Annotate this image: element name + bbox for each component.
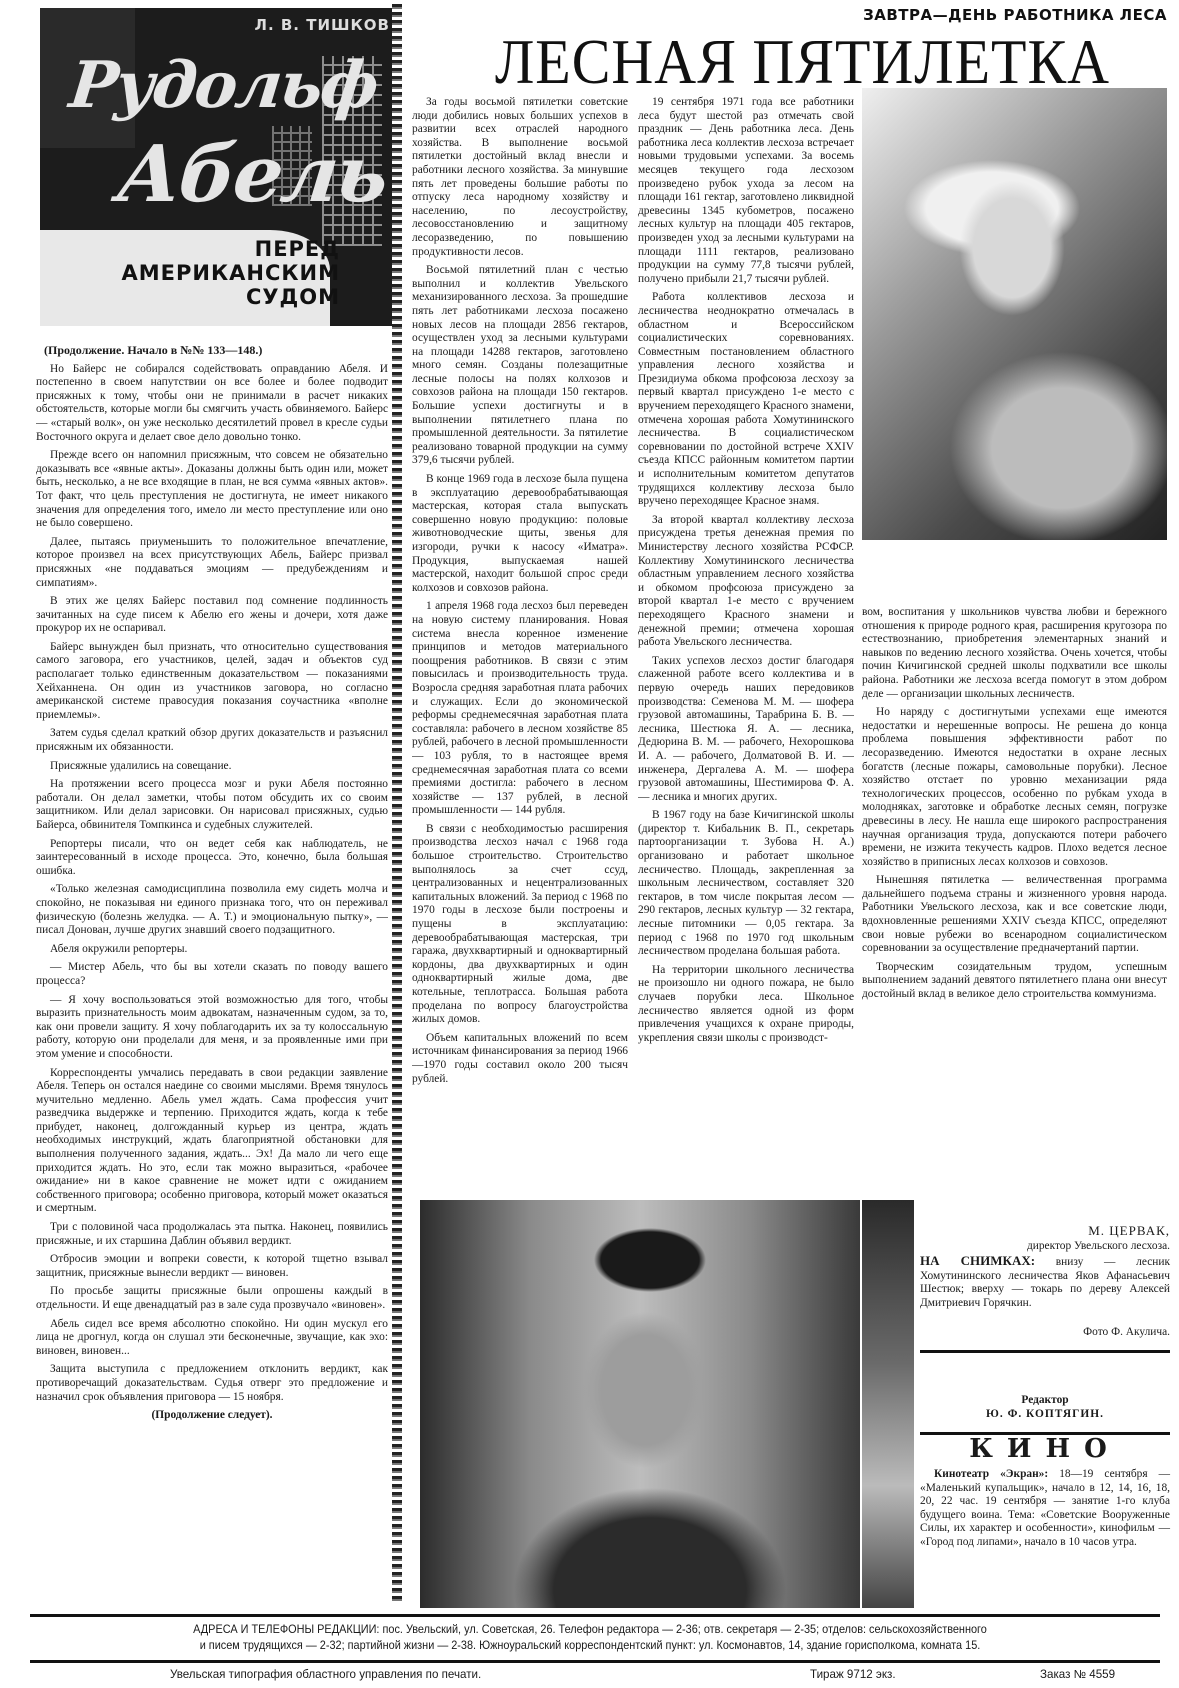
photo-woodturner (862, 88, 1167, 540)
order-number: Заказ № 4559 (1040, 1668, 1115, 1681)
article-paragraph: вом, воспитания у школьников чувства люб… (862, 606, 1167, 701)
serial-paragraph: Три с половиной часа продолжалась эта пы… (36, 1221, 388, 1248)
photo-caption: НА СНИМКАХ: внизу — лесник Хомутининског… (920, 1254, 1170, 1310)
article-paragraph: В конце 1969 года в лесхозе была пущена … (412, 473, 628, 595)
serial-paragraph: — Я хочу воспользоваться этой возможност… (36, 994, 388, 1062)
photo-forester-edge (862, 1200, 914, 1608)
serial-paragraph: Корреспонденты умчались передавать в сво… (36, 1067, 388, 1217)
serial-paragraph: Прежде всего он напомнил присяжным, что … (36, 449, 388, 531)
author-name: М. ЦЕРВАК, (920, 1224, 1170, 1238)
circulation: Тираж 9712 экз. (810, 1668, 896, 1681)
editor-name: Ю. Ф. КОПТЯГИН. (920, 1408, 1170, 1422)
serial-paragraph: Репортеры писали, что он ведет себя как … (36, 838, 388, 879)
forest-article-column-2: 19 сентября 1971 года все работники леса… (638, 96, 854, 1200)
photo-forester (420, 1200, 860, 1608)
serial-paragraph: На протяжении всего процесса мозг и руки… (36, 778, 388, 832)
kino-listing: Кинотеатр «Экран»: 18—19 сентября — «Мал… (920, 1468, 1170, 1550)
serial-paragraph: «Только железная самодисциплина позволил… (36, 883, 388, 937)
serial-paragraph: В этих же целях Байерс поставил под сомн… (36, 595, 388, 636)
serial-title-name-last: Абель (114, 136, 390, 214)
serial-subtitle-2: АМЕРИКАНСКИМ (40, 262, 340, 284)
serial-paragraph: Далее, пытаясь приуменьшить то положител… (36, 536, 388, 590)
footer-divider-bottom (30, 1660, 1160, 1663)
photo-credit: Фото Ф. Акулича. (920, 1326, 1170, 1340)
forest-article-column-3: вом, воспитания у школьников чувства люб… (862, 606, 1167, 1166)
serial-author: Л. В. ТИШКОВ (255, 16, 391, 34)
serial-paragraph: Затем судья сделал краткий обзор других … (36, 727, 388, 754)
serial-subtitle-3: СУДОМ (190, 286, 340, 308)
article-paragraph: Но наряду с достигнутыми успехами еще им… (862, 706, 1167, 869)
article-paragraph: За второй квартал коллективу лесхоза при… (638, 514, 854, 650)
headline-kicker: ЗАВТРА—ДЕНЬ РАБОТНИКА ЛЕСА (863, 6, 1167, 24)
serial-title-illustration: Л. В. ТИШКОВ Рудольф Абель ПЕРЕД АМЕРИКА… (40, 8, 400, 326)
footer-divider-top (30, 1614, 1160, 1617)
column-divider (392, 4, 402, 1604)
editorial-addresses-line-2: и писем трудящихся — 2-32; партийной жиз… (54, 1638, 1126, 1653)
article-paragraph: В 1967 году на базе Кичигинской школы (д… (638, 809, 854, 959)
article-paragraph: 1 апреля 1968 года лесхоз был переведен … (412, 600, 628, 818)
article-paragraph: Объем капитальных вложений по всем источ… (412, 1032, 628, 1086)
article-paragraph: Нынешняя пятилетка — величественная прог… (862, 874, 1167, 956)
serial-paragraph: Защита выступила с предложением отклонит… (36, 1363, 388, 1404)
to-be-continued: (Продолжение следует). (36, 1409, 388, 1423)
article-paragraph: Восьмой пятилетний план с честью выполни… (412, 264, 628, 468)
article-paragraph: Работа коллективов лесхоза и лесничества… (638, 291, 854, 509)
author-title: директор Увельского лесхоза. (920, 1240, 1170, 1254)
kino-title: КИНО (920, 1434, 1170, 1464)
serial-paragraph: Абель сидел все время абсолютно спокойно… (36, 1318, 388, 1359)
headline: ЛЕСНАЯ ПЯТИЛЕТКА (440, 28, 1165, 96)
caption-lead: НА СНИМКАХ: (920, 1253, 1035, 1268)
article-paragraph: За годы восьмой пятилетки советские люди… (412, 96, 628, 259)
continuation-note: (Продолжение. Начало в №№ 133—148.) (36, 344, 388, 358)
serial-paragraph: Отбросив эмоции и вопреки совести, к кот… (36, 1253, 388, 1280)
serial-paragraph: — Мистер Абель, что бы вы хотели сказать… (36, 961, 388, 988)
serial-paragraph: Абеля окружили репортеры. (36, 943, 388, 957)
serial-paragraph: Но Байерс не собирался содействовать опр… (36, 363, 388, 445)
editor-label: Редактор (920, 1394, 1170, 1408)
article-paragraph: Таких успехов лесхоз достиг благодаря сл… (638, 655, 854, 805)
article-paragraph: Творческим созидательным трудом, успешны… (862, 961, 1167, 1002)
article-paragraph: 19 сентября 1971 года все работники леса… (638, 96, 854, 286)
editorial-addresses-line-1: АДРЕСА И ТЕЛЕФОНЫ РЕДАКЦИИ: пос. Увельск… (54, 1622, 1126, 1637)
serial-paragraph: По просьбе защиты присяжные были опрошен… (36, 1285, 388, 1312)
article-paragraph: На территории школьного лесничества не п… (638, 964, 854, 1046)
serial-title-name-first: Рудольф (67, 54, 380, 118)
serial-article: (Продолжение. Начало в №№ 133—148.) Но Б… (36, 344, 388, 1614)
forest-article-column-1: За годы восьмой пятилетки советские люди… (412, 96, 628, 1200)
kino-venue: Кинотеатр «Экран»: (920, 1468, 1048, 1480)
divider (920, 1350, 1170, 1353)
article-paragraph: В связи с необходимостью расширения прои… (412, 823, 628, 1027)
serial-paragraph: Присяжные удалились на совещание. (36, 760, 388, 774)
serial-subtitle-1: ПЕРЕД (190, 238, 340, 260)
printer-info: Увельская типография областного управлен… (170, 1668, 481, 1681)
serial-paragraph: Байерс вынужден был признать, что относи… (36, 641, 388, 723)
